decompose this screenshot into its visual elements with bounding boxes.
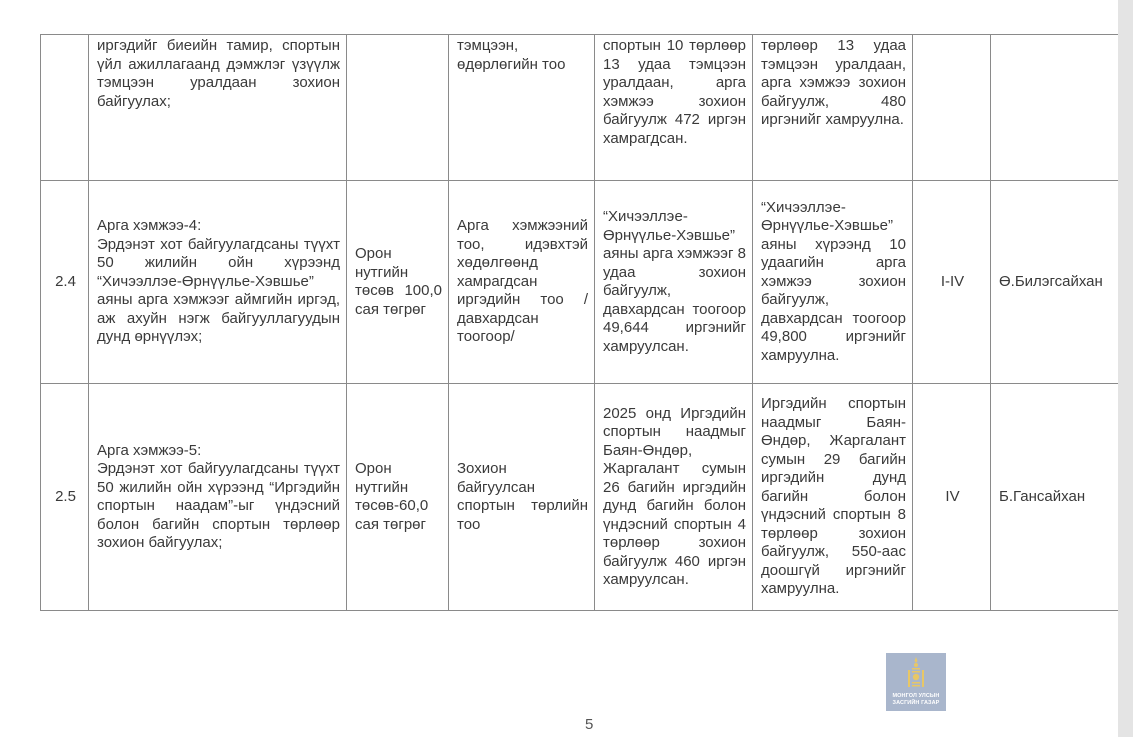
row-number: 2.5 — [41, 384, 89, 611]
action-plan-table: иргэдийг биеийн тамир, спортын үйл ажилл… — [40, 34, 1118, 611]
scrollbar-track[interactable] — [1118, 0, 1133, 737]
budget-cell — [347, 35, 449, 181]
indicator-cell: Арга хэмжээний тоо, идэвхтэй хөдөлгөөнд … — [449, 181, 595, 384]
action-title: Арга хэмжээ-4: — [97, 217, 340, 236]
period-cell: I-IV — [913, 181, 991, 384]
target-cell: төрлөөр 13 удаа тэмцээн уралдаан, арга х… — [753, 35, 913, 181]
action-title: Арга хэмжээ-5: — [97, 442, 340, 461]
baseline-cell: спортын 10 төрлөөр 13 удаа тэмцээн уралд… — [595, 35, 753, 181]
action-description: Арга хэмжээ-5: Эрдэнэт хот байгуулагдсан… — [89, 384, 347, 611]
responsible-cell: Ө.Билэгсайхан — [991, 181, 1119, 384]
indicator-cell: тэмцээн, өдөрлөгийн тоо — [449, 35, 595, 181]
table-row: 2.5 Арга хэмжээ-5: Эрдэнэт хот байгуулаг… — [41, 384, 1119, 611]
row-number — [41, 35, 89, 181]
table-row: 2.4 Арга хэмжээ-4: Эрдэнэт хот байгуулаг… — [41, 181, 1119, 384]
target-cell: Иргэдийн спортын наадмыг Баян-Өндөр, Жар… — [753, 384, 913, 611]
document-page: иргэдийг биеийн тамир, спортын үйл ажилл… — [0, 0, 1118, 737]
budget-cell: Орон нутгийн төсөв 100,0 сая төгрөг — [347, 181, 449, 384]
page-number: 5 — [585, 716, 593, 733]
baseline-cell: 2025 онд Иргэдийн спортын наадмыг Баян-Ө… — [595, 384, 753, 611]
government-logo: МОНГОЛ УЛСЫН ЗАСГИЙН ГАЗАР — [886, 653, 946, 711]
responsible-cell — [991, 35, 1119, 181]
action-description: иргэдийг биеийн тамир, спортын үйл ажилл… — [89, 35, 347, 181]
action-text: Эрдэнэт хот байгуулагдсаны түүхт 50 жили… — [97, 460, 340, 551]
responsible-cell: Б.Гансайхан — [991, 384, 1119, 611]
soyombo-emblem-icon — [908, 657, 924, 689]
logo-caption: МОНГОЛ УЛСЫН ЗАСГИЙН ГАЗАР — [892, 693, 939, 706]
action-text: Эрдэнэт хот байгуулагдсаны түүхт 50 жили… — [97, 236, 340, 346]
period-cell — [913, 35, 991, 181]
period-cell: IV — [913, 384, 991, 611]
target-cell: “Хичээллэе-Өрнүүлье-Хэвшье” аяны хүрээнд… — [753, 181, 913, 384]
table-row: иргэдийг биеийн тамир, спортын үйл ажилл… — [41, 35, 1119, 181]
budget-cell: Орон нутгийн төсөв-60,0 сая төгрөг — [347, 384, 449, 611]
action-description: Арга хэмжээ-4: Эрдэнэт хот байгуулагдсан… — [89, 181, 347, 384]
baseline-cell: “Хичээллэе-Өрнүүлье-Хэвшье” аяны арга хэ… — [595, 181, 753, 384]
indicator-cell: Зохион байгуулсан спортын төрлийн тоо — [449, 384, 595, 611]
row-number: 2.4 — [41, 181, 89, 384]
